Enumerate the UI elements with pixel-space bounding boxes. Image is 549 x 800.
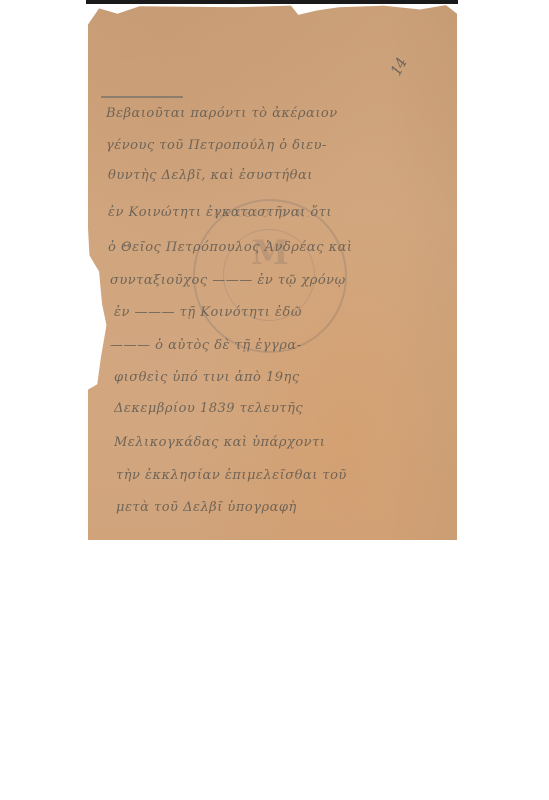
- text-line-7: ἐν ——— τῇ Κοινότητι ἐδῶ: [114, 305, 302, 320]
- header-rule: [101, 96, 183, 98]
- text-line-11: Μελικογκάδας καὶ ὑπάρχοντι: [114, 435, 325, 450]
- scan-top-edge: [86, 0, 458, 4]
- text-line-5: ὁ Θεῖος Πετρόπουλος Ἀνδρέας καὶ: [108, 240, 353, 255]
- text-line-4: ἐν Κοινώτητι ἐγκαταστῆναι ὅτι: [108, 205, 332, 220]
- text-line-13: μετὰ τοῦ Δελβῖ ὑπογραφὴ: [116, 500, 297, 515]
- text-line-1: Βεβαιοῦται παρόντι τὸ ἀκέραιον: [106, 106, 338, 121]
- text-line-10: Δεκεμβρίου 1839 τελευτῆς: [114, 401, 303, 416]
- text-line-6: συνταξιοῦχος ——— ἐν τῷ χρόνῳ: [110, 273, 346, 288]
- text-line-3: θυντὴς Δελβῖ, καὶ ἐσυστήθαι: [108, 168, 313, 183]
- text-line-8: ——— ὁ αὐτὸς δὲ τῇ ἐγγρα-: [110, 338, 302, 353]
- text-line-2: γένους τοῦ Πετροπούλη ὁ διευ-: [106, 138, 327, 153]
- manuscript-page: 14 ΑΡΧΕΙΟ ΟΙΚ... M Βεβαιοῦται παρόντι τὸ…: [88, 3, 457, 540]
- paper-shading: [387, 3, 457, 540]
- text-line-12: τὴν ἐκκλησίαν ἐπιμελεῖσθαι τοῦ: [116, 468, 347, 483]
- text-line-9: φισθεὶς ὑπό τινι ἀπὸ 19ης: [114, 370, 300, 385]
